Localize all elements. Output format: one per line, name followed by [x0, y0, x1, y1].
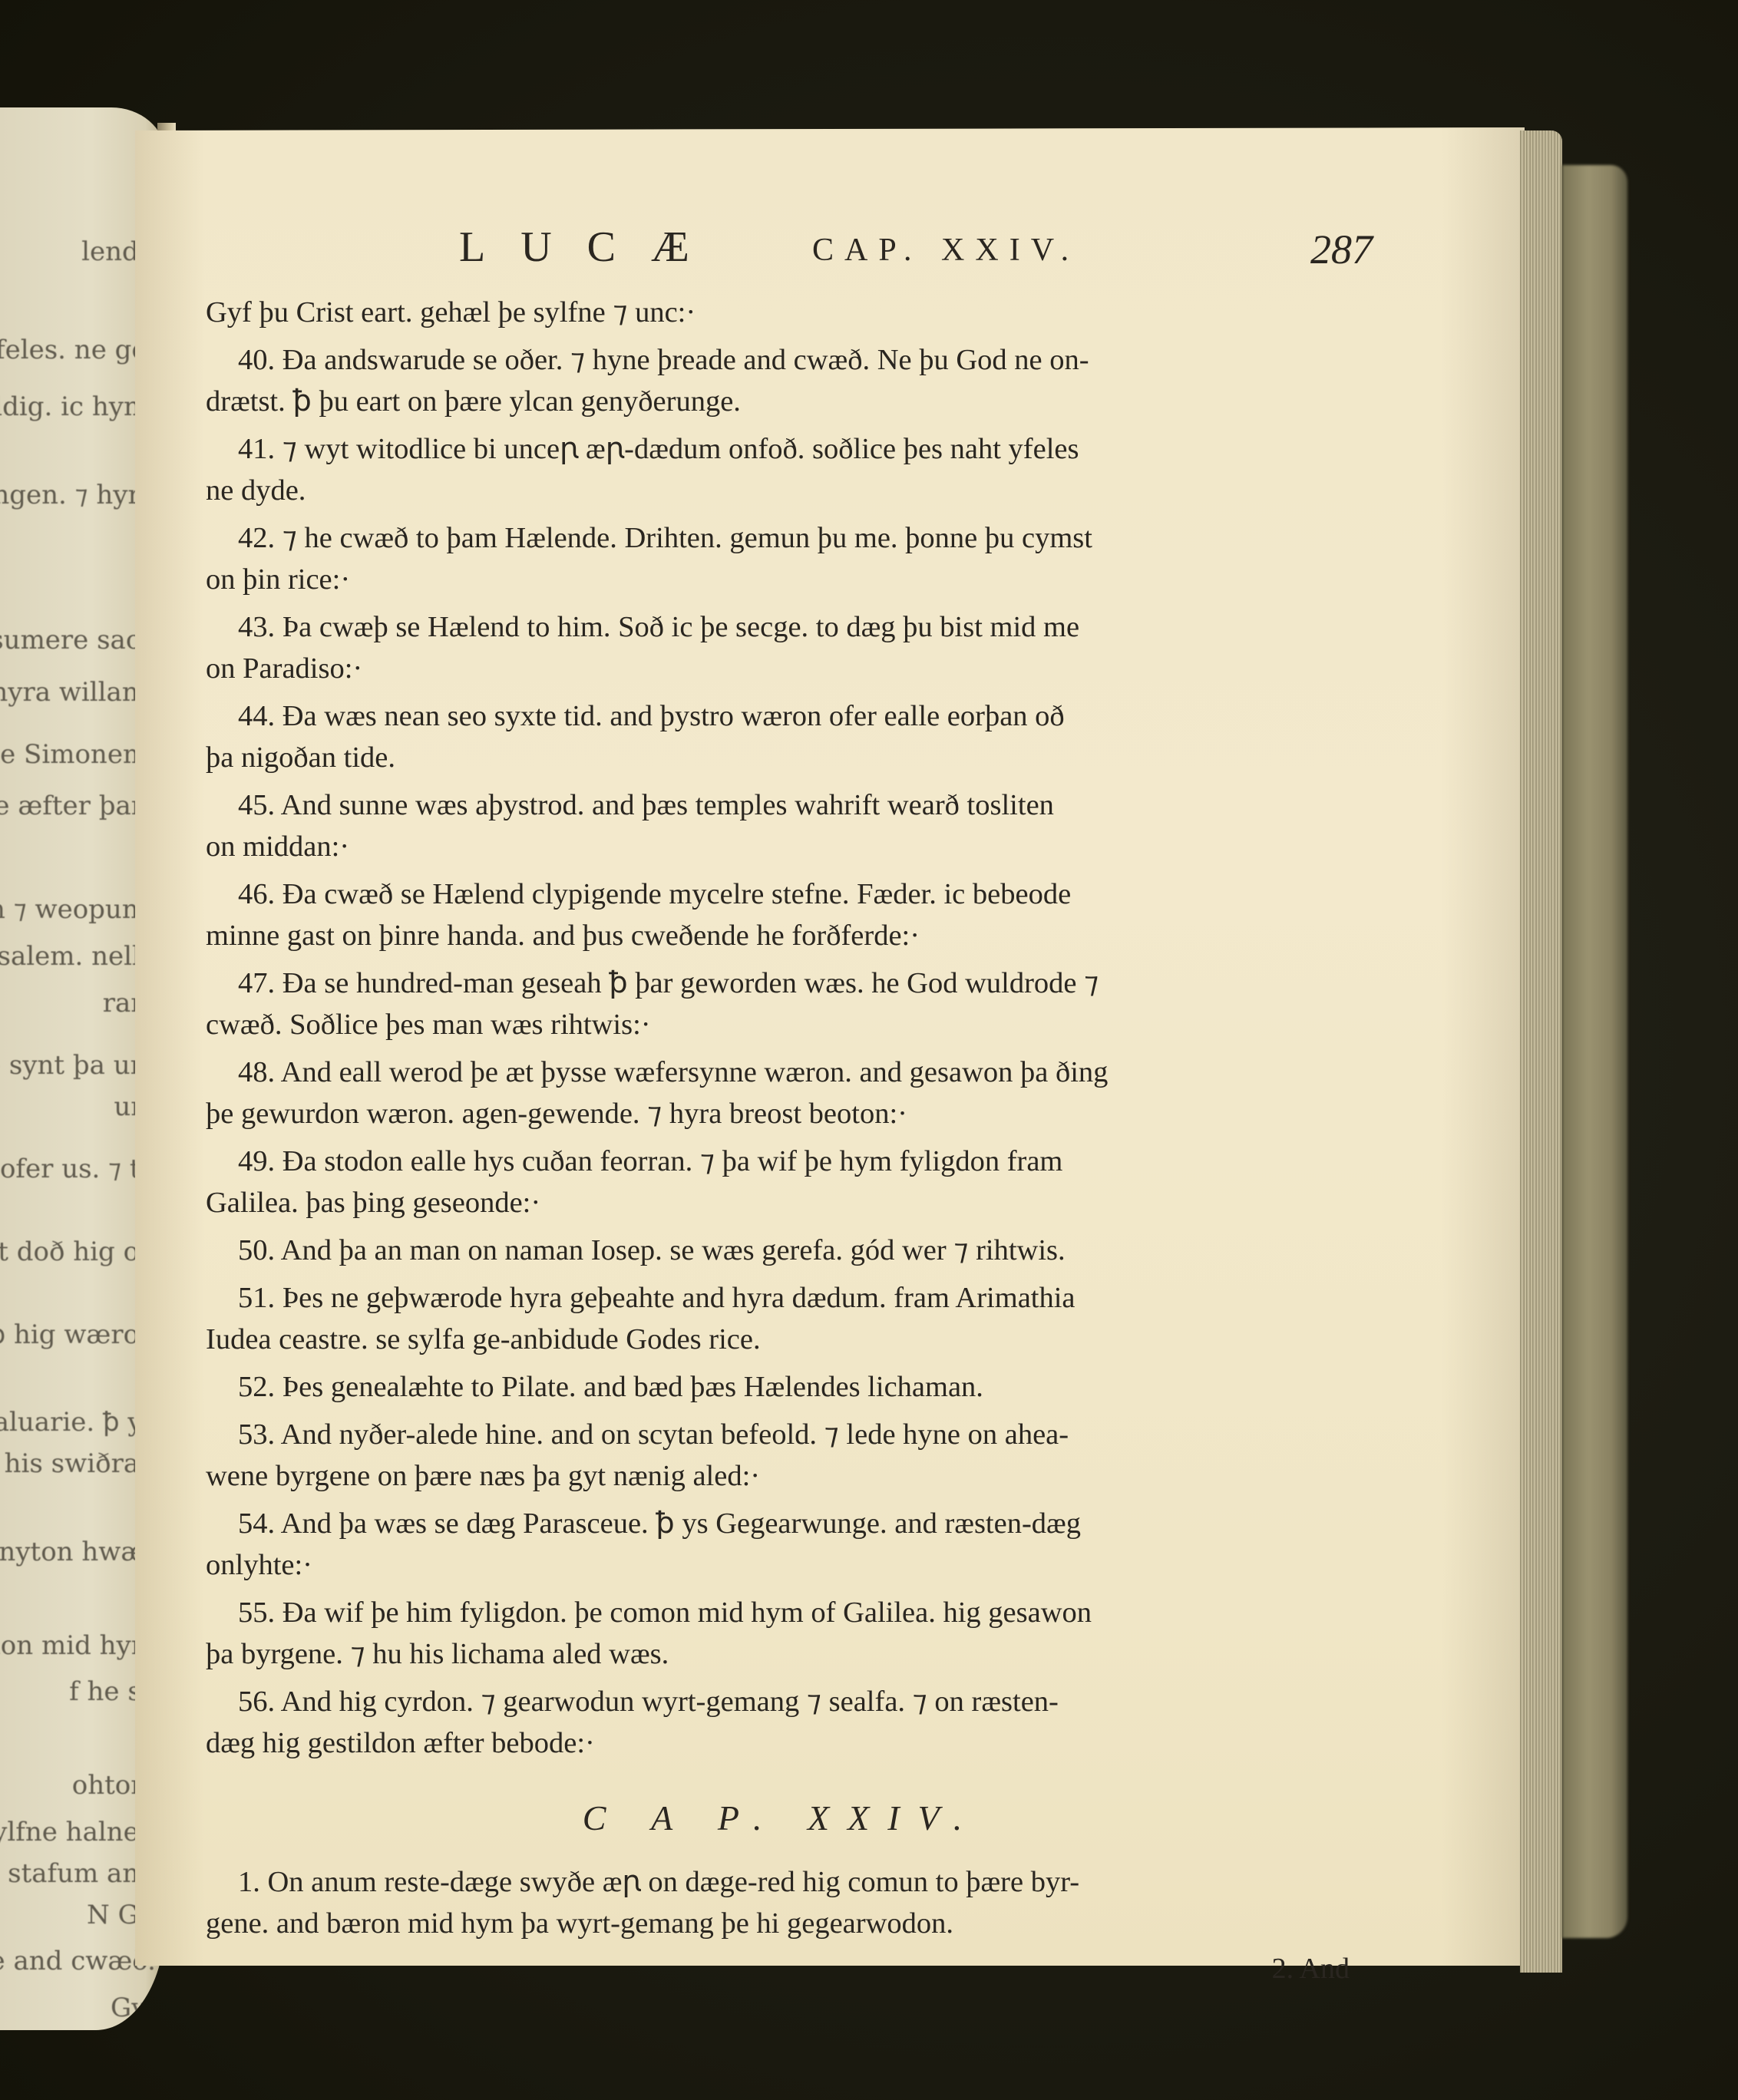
verse-first-line: 40. Ða andswarude se oðer. ⁊ hyne þreade…: [206, 339, 1357, 381]
verse: 52. Þes genealæhte to Pilate. and bæd þæ…: [206, 1366, 1357, 1408]
left-page-text-fragment: ercum stafum and: [0, 1858, 156, 1889]
verse-text: ne dyde.: [206, 474, 306, 507]
verse-text: Þes genealæhte to Pilate. and bæd þæs Hæ…: [283, 1371, 983, 1403]
verse-first-line: 55. Ða wif þe him fyligdon. þe comon mid…: [206, 1592, 1357, 1633]
book-cover-edge: [1562, 165, 1627, 1938]
verse-text: wene byrgene on þære næs þa gyt nænig al…: [206, 1460, 760, 1492]
verse-first-line: 52. Þes genealæhte to Pilate. and bæd þæ…: [206, 1366, 1357, 1408]
left-page-text-fragment: spemede and cwæð.: [0, 1946, 156, 1976]
verse-text: And þa wæs se dæg Parasceue. ꝥ ys Gegear…: [281, 1507, 1081, 1540]
left-page-text-fragment: and sumere sace: [0, 625, 156, 655]
verse-line: Galilea. þas þing geseonde:·: [206, 1182, 1357, 1223]
left-page-text-fragment: Caluarie. ꝥ ys: [0, 1407, 156, 1438]
verse-number: 46.: [238, 878, 275, 910]
verse-number: 42.: [238, 522, 275, 554]
verse-text: Ða wif þe him fyligdon. þe comon mid hym…: [283, 1596, 1092, 1629]
verse-text: And nyðer-alede hine. and on scytan befe…: [281, 1418, 1069, 1451]
left-page-text-fragment: yfeles. ne ge-: [0, 335, 156, 365]
catchword: 2. And: [206, 1952, 1357, 1986]
verse-number: 52.: [238, 1371, 275, 1403]
left-page-text-fragment: e sylfne halne:·: [0, 1817, 156, 1847]
verse-line: drætst. ꝥ þu eart on þære ylcan genyðeru…: [206, 381, 1357, 422]
left-page-text-fragment: æt doð hig on: [0, 1237, 156, 1267]
verse: 48. And eall werod þe æt þysse wæfersynn…: [206, 1052, 1357, 1134]
verse-number: 43.: [238, 611, 275, 643]
verse: 53. And nyðer-alede hine. and on scytan …: [206, 1414, 1357, 1497]
verse-number: 44.: [238, 700, 275, 732]
verse-number: 53.: [238, 1418, 275, 1451]
verse: 42. ⁊ he cwæð to þam Hælende. Drihten. g…: [206, 517, 1357, 600]
left-page-text-fragment: on his swiðran: [0, 1448, 156, 1479]
verse-text: þa nigoðan tide.: [206, 741, 395, 774]
page-number: 287: [1310, 226, 1373, 273]
chapter-label: CAP. XXIV.: [812, 232, 1079, 269]
verse-number: 55.: [238, 1596, 275, 1629]
verse-first-line: 50. And þa an man on naman Iosep. se wæs…: [206, 1230, 1357, 1271]
verse-text: þe gewurdon wæron. agen-gewende. ⁊ hyra …: [206, 1098, 907, 1130]
verse-first-line: 42. ⁊ he cwæð to þam Hælende. Drihten. g…: [206, 517, 1357, 559]
verse: 54. And þa wæs se dæg Parasceue. ꝥ ys Ge…: [206, 1503, 1357, 1586]
verse-line: onlyhte:·: [206, 1544, 1357, 1586]
left-page-text-fragment: Gyf: [111, 1993, 156, 2023]
verse: 41. ⁊ wyt witodlice bi unceꞃ æꞃ-dædum on…: [206, 428, 1357, 511]
verse-text: onlyhte:·: [206, 1549, 312, 1581]
verse-text: gene. and bæron mid hym þa wyrt-gemang þ…: [206, 1907, 953, 1940]
verse: 50. And þa an man on naman Iosep. se wæs…: [206, 1230, 1357, 1271]
verse: 1. On anum reste-dæge swyðe æꞃ on dæge-r…: [206, 1861, 1357, 1944]
verse-text: minne gast on þinre handa. and þus cweðe…: [206, 920, 920, 952]
running-head: LUCÆ CAP. XXIV. 287: [206, 223, 1357, 292]
verse: 40. Ða andswarude se oðer. ⁊ hyne þreade…: [206, 339, 1357, 422]
chapter-heading: C A P. XXIV.: [206, 1798, 1357, 1838]
book-title: LUCÆ: [459, 223, 725, 272]
verse-number: 40.: [238, 344, 275, 376]
verse-text: And eall werod þe æt þysse wæfersynne wæ…: [281, 1056, 1109, 1088]
verse-number: 45.: [238, 789, 275, 821]
verse: 47. Ða se hundred-man geseah ꝥ þar gewor…: [206, 963, 1357, 1045]
verse-text: on þin rice:·: [206, 563, 350, 596]
verse-list: 40. Ða andswarude se oðer. ⁊ hyne þreade…: [206, 339, 1357, 1764]
book-photograph: lend:·yfeles. ne ge-yldig. ic hyneahange…: [0, 0, 1738, 2100]
verse-text: ⁊ he cwæð to þam Hælende. Drihten. gemun…: [283, 522, 1092, 554]
verse-number: 56.: [238, 1686, 275, 1718]
verse-first-line: 56. And hig cyrdon. ⁊ gearwodun wyrt-gem…: [206, 1681, 1357, 1722]
verse-number: 51.: [238, 1282, 275, 1314]
left-page-text-fragment: rusalem. nelle: [0, 941, 156, 972]
new-chapter-verse-list: 1. On anum reste-dæge swyðe æꞃ on dæge-r…: [206, 1861, 1357, 1944]
verse: 45. And sunne wæs aþystrod. and þæs temp…: [206, 784, 1357, 867]
verse-text: on Paradiso:·: [206, 652, 362, 685]
verse: 51. Þes ne geþwærode hyra geþeahte and h…: [206, 1277, 1357, 1360]
verse-first-line: 1. On anum reste-dæge swyðe æꞃ on dæge-r…: [206, 1861, 1357, 1903]
page-text: LUCÆ CAP. XXIV. 287 Gyf þu Crist eart. g…: [206, 223, 1357, 1986]
verse-number: 48.: [238, 1056, 275, 1088]
verse-line: minne gast on þinre handa. and þus cweðe…: [206, 915, 1357, 956]
left-page-text-fragment: tældon mid hym: [0, 1630, 156, 1661]
left-page-text-fragment: ofer us. ⁊ to: [0, 1154, 156, 1184]
left-page-text-fragment: to hyra willan:·: [0, 677, 156, 708]
verse-number: 54.: [238, 1507, 275, 1540]
verse-text: And sunne wæs aþystrod. and þæs temples …: [281, 789, 1054, 821]
left-page-text-fragment: yldig. ic hyne: [0, 391, 156, 422]
verse-line: þa nigoðan tide.: [206, 737, 1357, 778]
verse-line: cwæð. Soðlice þes man wæs rihtwis:·: [206, 1004, 1357, 1045]
verse-number: 49.: [238, 1145, 275, 1177]
verse-line: Iudea ceastre. se sylfa ge-anbidude Gode…: [206, 1319, 1357, 1360]
verse-text: dæg hig gestildon æfter bebode:·: [206, 1727, 595, 1759]
verse-text: And hig cyrdon. ⁊ gearwodun wyrt-gemang …: [281, 1686, 1059, 1718]
verse-first-line: 54. And þa wæs se dæg Parasceue. ꝥ ys Ge…: [206, 1503, 1357, 1544]
verse-first-line: 46. Ða cwæð se Hælend clypigende mycelre…: [206, 873, 1357, 915]
verse-number: 47.: [238, 967, 275, 999]
left-page-text-fragment: nig nyton hwæt: [0, 1537, 156, 1567]
verse: 43. Þa cwæþ se Hælend to him. Soð ic þe …: [206, 606, 1357, 689]
verse-first-line: 45. And sunne wæs aþystrod. and þæs temp…: [206, 784, 1357, 826]
verse-line: on Paradiso:·: [206, 648, 1357, 689]
verse-text: ⁊ wyt witodlice bi unceꞃ æꞃ-dædum onfoð.…: [283, 433, 1079, 465]
verse: 44. Ða wæs nean seo syxte tid. and þystr…: [206, 695, 1357, 778]
verse-text: drætst. ꝥ þu eart on þære ylcan genyðeru…: [206, 385, 741, 418]
verse-text: And þa an man on naman Iosep. se wæs ger…: [281, 1234, 1066, 1266]
left-page-text-fragment: ære æfter þam: [0, 791, 156, 821]
verse: 55. Ða wif þe him fyligdon. þe comon mid…: [206, 1592, 1357, 1675]
verse-first-line: 51. Þes ne geþwærode hyra geþeahte and h…: [206, 1277, 1357, 1319]
verse-first-line: 41. ⁊ wyt witodlice bi unceꞃ æꞃ-dædum on…: [206, 428, 1357, 470]
verse-text: Ða wæs nean seo syxte tid. and þystro wæ…: [283, 700, 1065, 732]
verse: 46. Ða cwæð se Hælend clypigende mycelre…: [206, 873, 1357, 956]
verse-text: þa byrgene. ⁊ hu his lichama aled wæs.: [206, 1638, 669, 1670]
verse-line: gene. and bæron mid hym þa wyrt-gemang þ…: [206, 1903, 1357, 1944]
left-page-text-fragment: rcene Simonem.: [0, 739, 156, 770]
left-page-text-fragment: ahangen. ⁊ hyra: [0, 480, 156, 510]
verse-line: on þin rice:·: [206, 559, 1357, 600]
verse-text: Galilea. þas þing geseonde:·: [206, 1187, 540, 1219]
verse-first-line: 44. Ða wæs nean seo syxte tid. and þystr…: [206, 695, 1357, 737]
left-page-text-fragment: fun ⁊ weopun:·: [0, 894, 156, 925]
verse-text: Þes ne geþwærode hyra geþeahte and hyra …: [283, 1282, 1076, 1314]
verse: 49. Ða stodon ealle hys cuðan feorran. ⁊…: [206, 1141, 1357, 1223]
verse-text: Þa cwæþ se Hælend to him. Soð ic þe secg…: [283, 611, 1079, 643]
verse-line: ne dyde.: [206, 470, 1357, 511]
verse-first-line: 47. Ða se hundred-man geseah ꝥ þar gewor…: [206, 963, 1357, 1004]
verse-line: dæg hig gestildon æfter bebode:·: [206, 1722, 1357, 1764]
verse-number: 50.: [238, 1234, 275, 1266]
verse: 56. And hig cyrdon. ⁊ gearwodun wyrt-gem…: [206, 1681, 1357, 1764]
verse-text: Ða stodon ealle hys cuðan feorran. ⁊ þa …: [283, 1145, 1063, 1177]
verse-text: Iudea ceastre. se sylfa ge-anbidude Gode…: [206, 1323, 761, 1355]
verse-number: 41.: [238, 433, 275, 465]
verse-text: On anum reste-dæge swyðe æꞃ on dæge-red …: [268, 1866, 1080, 1898]
verse-line: on middan:·: [206, 826, 1357, 867]
verse-line: þa byrgene. ⁊ hu his lichama aled wæs.: [206, 1633, 1357, 1675]
verse-text: Ða cwæð se Hælend clypigende mycelre ste…: [283, 878, 1071, 910]
left-page-text-fragment: e. ꝥ hig wæron: [0, 1319, 156, 1350]
verse-text: Ða andswarude se oðer. ⁊ hyne þreade and…: [283, 344, 1089, 376]
left-page-text-fragment: ge synt þa un-: [0, 1050, 156, 1081]
verse-line: þe gewurdon wæron. agen-gewende. ⁊ hyra …: [206, 1093, 1357, 1134]
verse-first-line: 53. And nyðer-alede hine. and on scytan …: [206, 1414, 1357, 1455]
verse-first-line: 49. Ða stodon ealle hys cuðan feorran. ⁊…: [206, 1141, 1357, 1182]
verse-text: on middan:·: [206, 830, 349, 863]
verse-number: 1.: [238, 1866, 260, 1898]
verse-first-line: 48. And eall werod þe æt þysse wæfersynn…: [206, 1052, 1357, 1093]
continuation-line: Gyf þu Crist eart. gehæl þe sylfne ⁊ unc…: [206, 292, 1357, 333]
verse-line: wene byrgene on þære næs þa gyt nænig al…: [206, 1455, 1357, 1497]
verse-text: Ða se hundred-man geseah ꝥ þar geworden …: [283, 967, 1099, 999]
verse-text: cwæð. Soðlice þes man wæs rihtwis:·: [206, 1009, 651, 1041]
page-edges: [1520, 130, 1562, 1973]
verse-first-line: 43. Þa cwæþ se Hælend to him. Soð ic þe …: [206, 606, 1357, 648]
